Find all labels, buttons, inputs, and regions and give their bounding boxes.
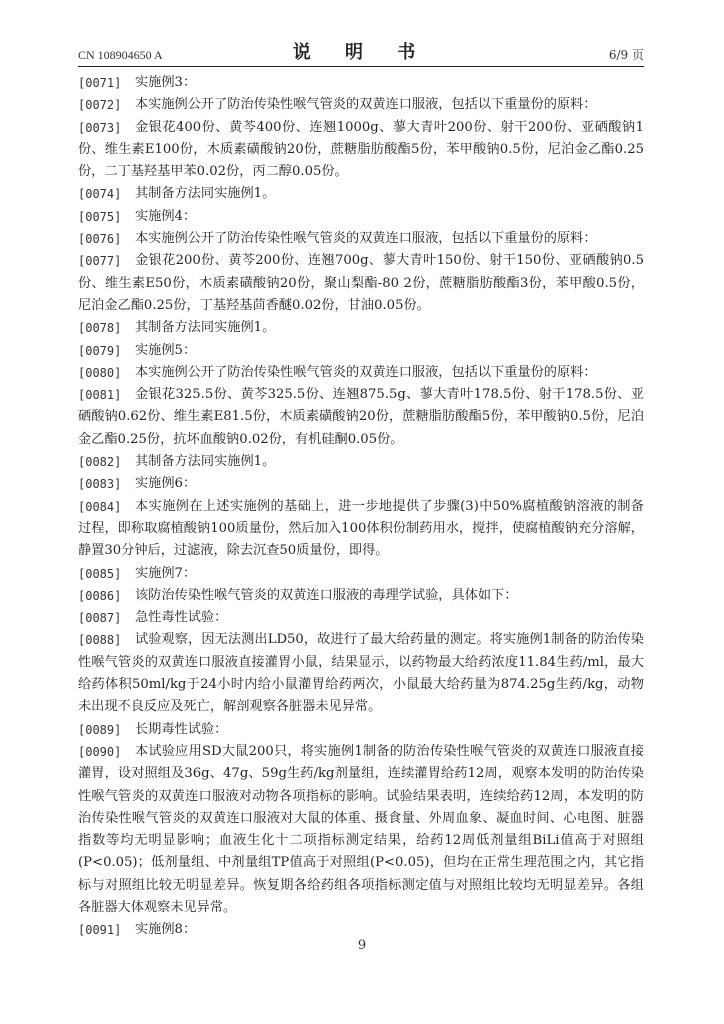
paragraph-text: 本试验应用SD大鼠200只，将实施例1制备的防治传染性喉气管炎的双黄连口服液直接… — [78, 741, 644, 919]
paragraph-number: [0071] — [78, 72, 121, 94]
paragraph-number: [0076] — [78, 228, 121, 250]
paragraph-text: 其制备方法同实施例1。 — [78, 183, 644, 205]
paragraph-text: 本实施例公开了防治传染性喉气管炎的双黄连口服液，包括以下重量份的原料： — [78, 94, 644, 116]
paragraph: [0088]试验观察，因无法测出LD50，故进行了最大给药量的测定。将实施例1制… — [78, 629, 644, 718]
paragraph-number: [0087] — [78, 607, 121, 629]
paragraph: [0087]急性毒性试验： — [78, 607, 644, 629]
paragraph-number: [0088] — [78, 629, 121, 651]
paragraph-text: 急性毒性试验： — [78, 607, 644, 629]
paragraph-text: 本实施例在上述实施例的基础上，进一步地提供了步骤(3)中50%腐植酸钠溶液的制备… — [78, 496, 644, 563]
paragraph-text: 实施例4： — [78, 206, 644, 228]
paragraph: [0089]长期毒性试验： — [78, 719, 644, 741]
paragraph-number: [0083] — [78, 473, 121, 495]
paragraph-number: [0078] — [78, 317, 121, 339]
paragraph-number: [0086] — [78, 585, 121, 607]
page-indicator: 6/9 页 — [609, 46, 644, 63]
paragraph-number: [0084] — [78, 496, 121, 518]
paragraph-text: 金银花400份、黄芩400份、连翘1000g、蓼大青叶200份、射干200份、亚… — [78, 117, 644, 184]
paragraph: [0081]金银花325.5份、黄芩325.5份、连翘875.5g、蓼大青叶17… — [78, 384, 644, 451]
paragraph-text: 该防治传染性喉气管炎的双黄连口服液的毒理学试验，具体如下： — [78, 585, 644, 607]
paragraph: [0076]本实施例公开了防治传染性喉气管炎的双黄连口服液，包括以下重量份的原料… — [78, 228, 644, 250]
paragraph-number: [0079] — [78, 340, 121, 362]
paragraph: [0080]本实施例公开了防治传染性喉气管炎的双黄连口服液，包括以下重量份的原料… — [78, 362, 644, 384]
paragraph-text: 实施例7： — [78, 563, 644, 585]
paragraph: [0086]该防治传染性喉气管炎的双黄连口服液的毒理学试验，具体如下： — [78, 585, 644, 607]
paragraph-text: 金银花325.5份、黄芩325.5份、连翘875.5g、蓼大青叶178.5份、射… — [78, 384, 644, 451]
paragraph-text: 本实施例公开了防治传染性喉气管炎的双黄连口服液，包括以下重量份的原料： — [78, 228, 644, 250]
page-number: 9 — [0, 938, 724, 953]
paragraph-text: 其制备方法同实施例1。 — [78, 451, 644, 473]
paragraph: [0082]其制备方法同实施例1。 — [78, 451, 644, 473]
paragraph: [0077]金银花200份、黄芩200份、连翘700g、蓼大青叶150份、射干1… — [78, 250, 644, 317]
paragraph: [0075]实施例4： — [78, 206, 644, 228]
paragraph-text: 金银花200份、黄芩200份、连翘700g、蓼大青叶150份、射干150份、亚硒… — [78, 250, 644, 317]
paragraph-number: [0072] — [78, 94, 121, 116]
paragraph-number: [0081] — [78, 384, 121, 406]
paragraph: [0079]实施例5： — [78, 340, 644, 362]
paragraph: [0071]实施例3： — [78, 72, 644, 94]
page-header: CN 108904650 A 说 明 书 6/9 页 — [78, 40, 644, 67]
paragraph-number: [0082] — [78, 451, 121, 473]
paragraph: [0074]其制备方法同实施例1。 — [78, 183, 644, 205]
paragraph-number: [0074] — [78, 183, 121, 205]
paragraph-text: 本实施例公开了防治传染性喉气管炎的双黄连口服液，包括以下重量份的原料： — [78, 362, 644, 384]
paragraph: [0083]实施例6： — [78, 473, 644, 495]
paragraph-number: [0073] — [78, 117, 121, 139]
paragraph: [0072]本实施例公开了防治传染性喉气管炎的双黄连口服液，包括以下重量份的原料… — [78, 94, 644, 116]
document-title: 说 明 书 — [78, 38, 644, 64]
paragraph: [0085]实施例7： — [78, 563, 644, 585]
paragraph-number: [0075] — [78, 206, 121, 228]
paragraph-number: [0077] — [78, 250, 121, 272]
paragraph-number: [0085] — [78, 563, 121, 585]
paragraph-text: 实施例3： — [78, 72, 644, 94]
paragraph: [0073]金银花400份、黄芩400份、连翘1000g、蓼大青叶200份、射干… — [78, 117, 644, 184]
document-body: [0071]实施例3：[0072]本实施例公开了防治传染性喉气管炎的双黄连口服液… — [78, 72, 644, 942]
paragraph: [0090]本试验应用SD大鼠200只，将实施例1制备的防治传染性喉气管炎的双黄… — [78, 741, 644, 919]
paragraph-text: 试验观察，因无法测出LD50，故进行了最大给药量的测定。将实施例1制备的防治传染… — [78, 629, 644, 718]
paragraph-number: [0090] — [78, 741, 121, 763]
paragraph: [0084]本实施例在上述实施例的基础上，进一步地提供了步骤(3)中50%腐植酸… — [78, 496, 644, 563]
paragraph: [0078]其制备方法同实施例1。 — [78, 317, 644, 339]
paragraph-number: [0089] — [78, 719, 121, 741]
paragraph-text: 长期毒性试验： — [78, 719, 644, 741]
paragraph-text: 实施例6： — [78, 473, 644, 495]
paragraph-text: 其制备方法同实施例1。 — [78, 317, 644, 339]
paragraph-number: [0080] — [78, 362, 121, 384]
paragraph-text: 实施例5： — [78, 340, 644, 362]
